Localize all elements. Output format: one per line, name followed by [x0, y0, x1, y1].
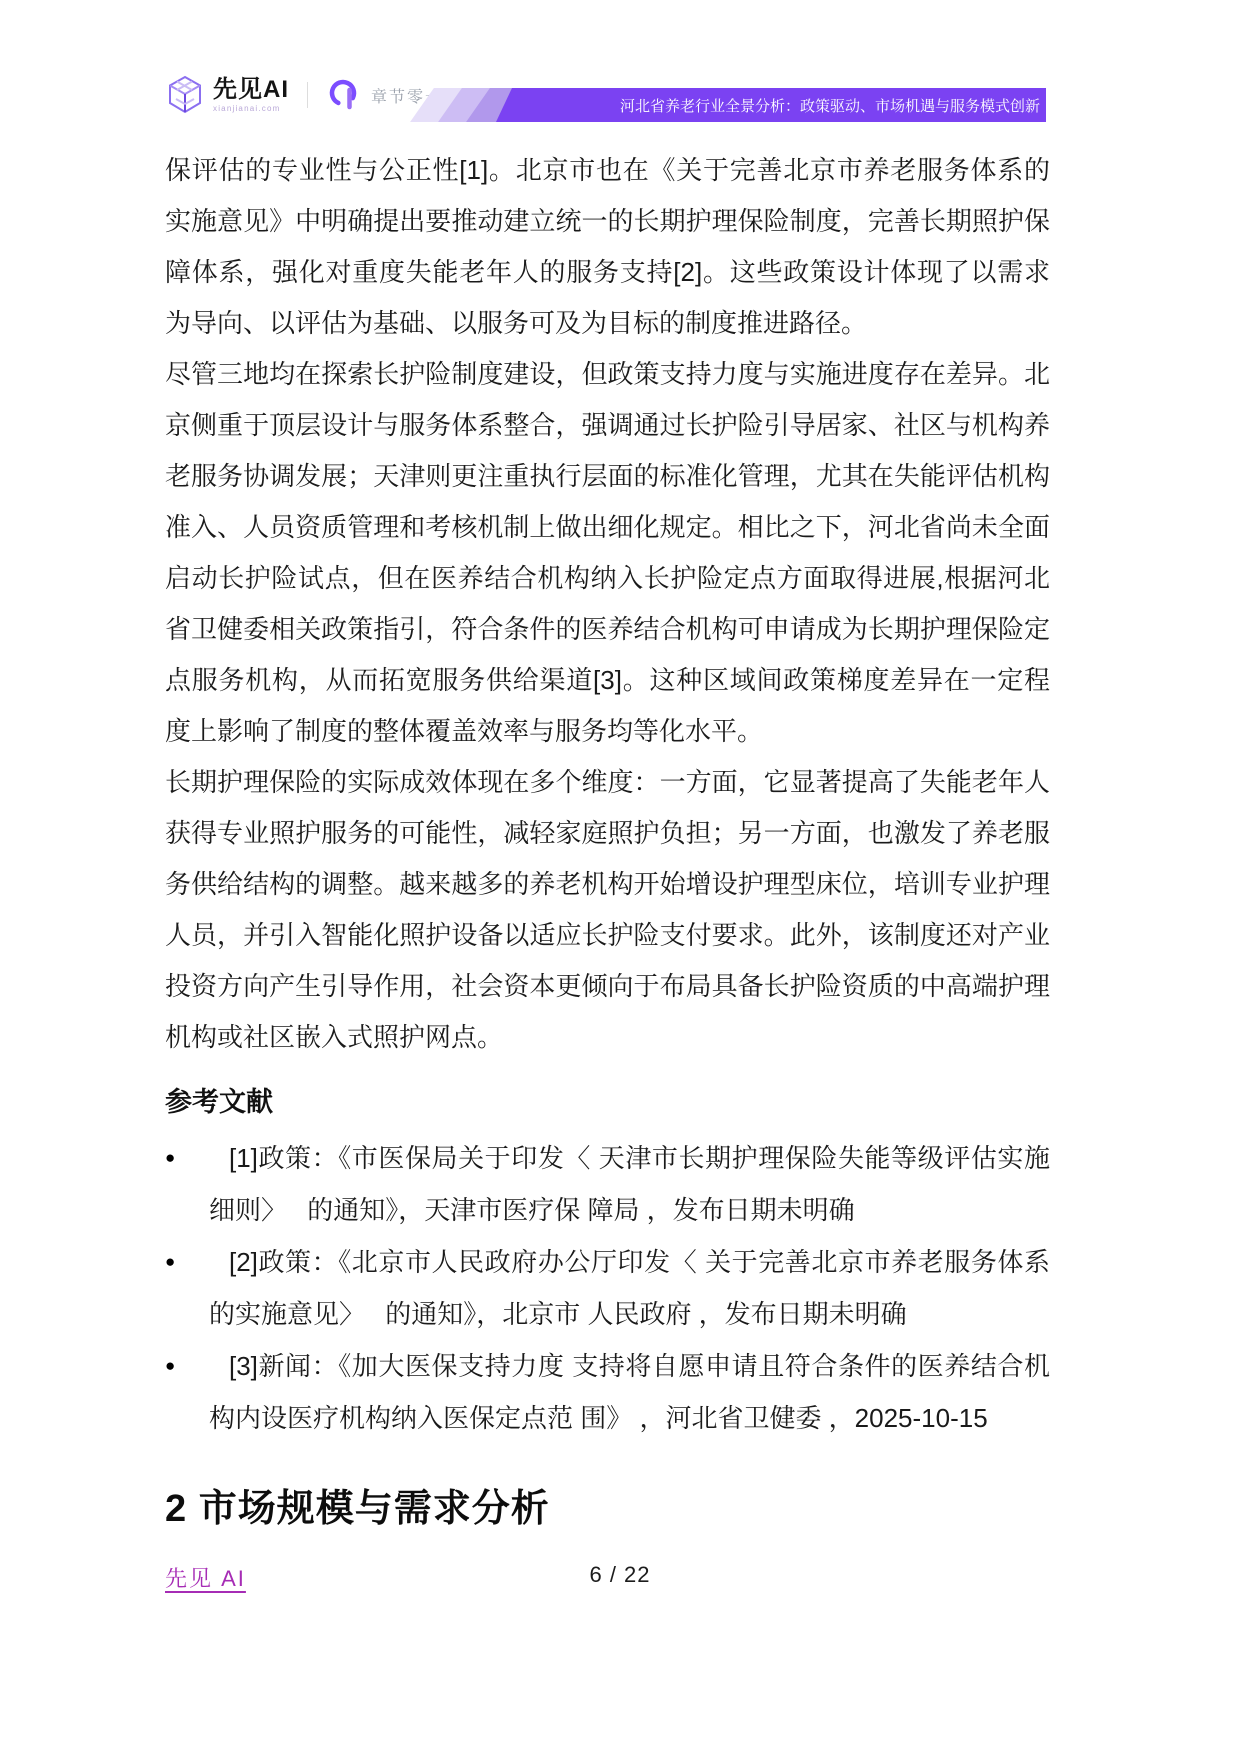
- bullet-icon: ●: [165, 1132, 209, 1236]
- banner-bar: 河北省养老行业全景分析：政策驱动、市场机遇与服务模式创新: [496, 88, 1046, 122]
- brand-logo-group: 先见AI xianjianai.com 章节零一: [165, 74, 443, 116]
- bullet-icon: ●: [165, 1340, 209, 1444]
- brand-domain-text: xianjianai.com: [213, 105, 289, 113]
- reference-text-2: [2]政策：《北京市人民政府办公厅印发〈 关于完善北京市养老服务体系的实施意见〉…: [209, 1236, 1050, 1340]
- section-heading: 2 市场规模与需求分析: [165, 1481, 1050, 1537]
- reference-item-3: ● [3]新闻：《加大医保支持力度 支持将自愿申请且符合条件的医养结合机构内设医…: [165, 1340, 1050, 1444]
- brand-name: 先见AI: [213, 78, 289, 102]
- brand-footer-link[interactable]: 先见 AI: [165, 1562, 246, 1593]
- body-paragraph-1: 保评估的专业性与公正性[1]。北京市也在《关于完善北京市养老服务体系的实施意见》…: [165, 145, 1050, 349]
- references-heading: 参考文献: [165, 1077, 1050, 1128]
- page-footer: 先见 AI 6 / 22: [165, 1562, 1075, 1594]
- reference-text-3: [3]新闻：《加大医保支持力度 支持将自愿申请且符合条件的医养结合机构内设医疗机…: [209, 1340, 1050, 1444]
- page-number: 6 / 22: [589, 1562, 650, 1588]
- body-paragraph-3: 长期护理保险的实际成效体现在多个维度：一方面，它显著提高了失能老年人获得专业照护…: [165, 757, 1050, 1063]
- header-divider: [307, 82, 308, 108]
- references-list: ● [1]政策：《市医保局关于印发〈 天津市长期护理保险失能等级评估实施细则〉 …: [165, 1132, 1050, 1444]
- brand-text: 先见AI xianjianai.com: [213, 78, 289, 113]
- report-title: 河北省养老行业全景分析：政策驱动、市场机遇与服务模式创新: [620, 95, 1040, 116]
- document-body: 保评估的专业性与公正性[1]。北京市也在《关于完善北京市养老服务体系的实施意见》…: [165, 145, 1050, 1537]
- body-paragraph-2: 尽管三地均在探索长护险制度建设，但政策支持力度与实施进度存在差异。北京侧重于顶层…: [165, 349, 1050, 757]
- report-title-banner: 河北省养老行业全景分析：政策驱动、市场机遇与服务模式创新: [420, 88, 1046, 122]
- reference-item-1: ● [1]政策：《市医保局关于印发〈 天津市长期护理保险失能等级评估实施细则〉 …: [165, 1132, 1050, 1236]
- document-page: 先见AI xianjianai.com 章节零一 河北省养老行业全景分析：政策驱…: [0, 0, 1240, 1755]
- reference-text-1: [1]政策：《市医保局关于印发〈 天津市长期护理保险失能等级评估实施细则〉 的通…: [209, 1132, 1050, 1236]
- reference-item-2: ● [2]政策：《北京市人民政府办公厅印发〈 关于完善北京市养老服务体系的实施意…: [165, 1236, 1050, 1340]
- bullet-icon: ●: [165, 1236, 209, 1340]
- partner-logo-icon: [326, 77, 362, 113]
- cube-logo-icon: [165, 74, 205, 116]
